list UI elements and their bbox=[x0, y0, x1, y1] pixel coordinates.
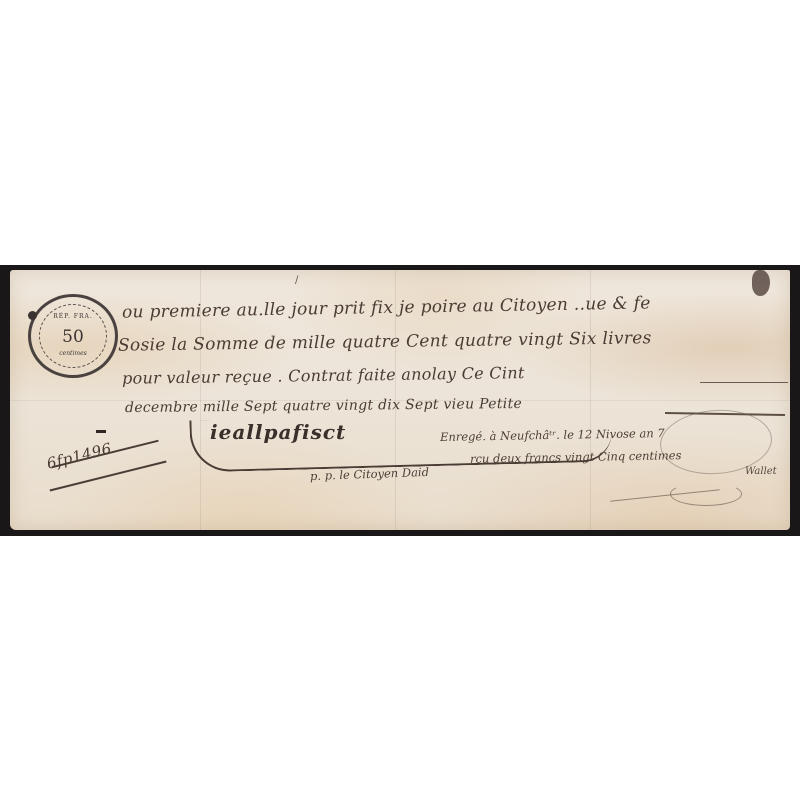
stamp-value: 50 bbox=[31, 327, 115, 347]
registration-line-2: rçu deux francs vingt Cinq centimes bbox=[470, 448, 682, 466]
margin-note: 6fp1496 bbox=[45, 439, 114, 473]
ink-flourish bbox=[670, 482, 742, 506]
stamp-top-text: RÉP. FRA. bbox=[31, 313, 115, 320]
signature: ieallpafisct bbox=[210, 420, 346, 444]
top-mark: / bbox=[295, 275, 298, 286]
registration-line-3: p. p. le Citoyen Daid bbox=[310, 465, 429, 483]
handwritten-line-3: pour valeur reçue . Contrat faite anolay… bbox=[122, 363, 525, 388]
handwritten-line-1: ou premiere au.lle jour prit fix je poir… bbox=[122, 293, 651, 322]
handwritten-line-2: Sosie la Somme de mille quatre Cent quat… bbox=[118, 328, 652, 355]
ink-rule bbox=[700, 382, 788, 383]
ink-mark bbox=[96, 430, 106, 433]
ink-blot bbox=[752, 270, 770, 296]
stamp-unit: centimes bbox=[31, 350, 115, 357]
document-paper: / RÉP. FRA. 50 centimes ou premiere au.l… bbox=[10, 270, 790, 530]
clerk-signature: Wallet bbox=[745, 466, 777, 477]
tax-stamp: RÉP. FRA. 50 centimes bbox=[28, 294, 118, 378]
registration-line-1: Enregé. à Neufchâᵗʳ. le 12 Nivose an 7 bbox=[440, 426, 665, 444]
